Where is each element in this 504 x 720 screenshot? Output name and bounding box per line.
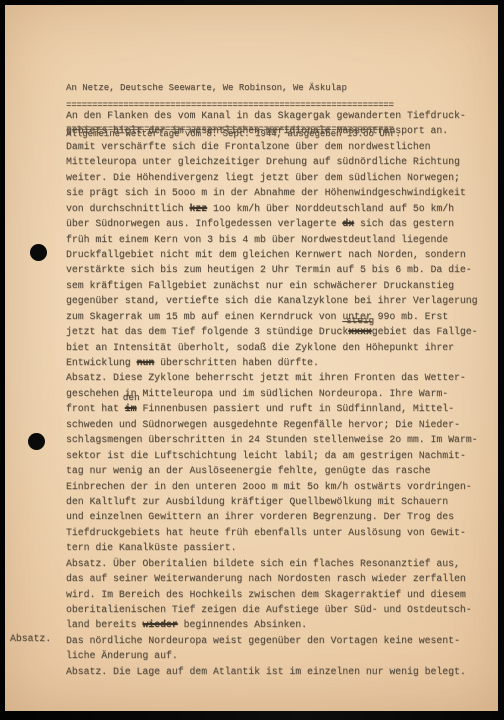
text-line: tag nur wenig an der Auslöseenergie fehl… [66, 463, 491, 478]
text-line: Mitteleuropa unter gleichzeitiger Drehun… [66, 154, 491, 169]
text-line: sie prägt sich in 5ooo m in der Abnahme … [66, 185, 491, 200]
text-line: Einbrechen der in den unteren 2ooo m mit… [66, 479, 491, 494]
text-line: jetzt hat das dem Tief folgende 3 stündi… [66, 324, 491, 339]
text-line: Druckfallgebiet nicht mit dem gleichen K… [66, 247, 491, 262]
text-line: front hat denim Finnenbusen passiert und… [66, 401, 491, 416]
margin-note-absatz: Absatz. [10, 633, 51, 644]
text-line: von durchschnittlich kzz 1oo km/h über N… [66, 201, 491, 216]
text-line: den Kaltluft zur Ausbildung kräftiger Qu… [66, 494, 491, 509]
document-page: An Netze, Deutsche Seewarte, We Robinson… [5, 5, 498, 711]
text-line: früh mit einem Kern von 3 bis 4 mb über … [66, 232, 491, 247]
text-line: und einzelnen Gewittern an ihrer vordere… [66, 509, 491, 524]
text-line: biet an Intensität überholt, sodaß die Z… [66, 340, 491, 355]
inserted-word-above: den [123, 393, 140, 402]
inserted-word-above: steig [346, 316, 374, 325]
body-text: An den Flanken des vom Kanal in das Skag… [66, 108, 491, 679]
header-rule-row: ========================================… [66, 100, 394, 104]
text-line: zum Skagerrak um 15 mb auf einen Kerndru… [66, 309, 491, 324]
text-line: sem kräftigen Fallgebiet zunächst nur ei… [66, 278, 491, 293]
text-line: gebiets hielt der im wesentlichen meridi… [66, 123, 491, 138]
text-line: land bereits wieder beginnendes Absinken… [66, 617, 491, 632]
text-line: tern die Kanalküste passiert. [66, 540, 491, 555]
text-line: An den Flanken des vom Kanal in das Skag… [66, 108, 491, 123]
text-line: Absatz. Die Lage auf dem Atlantik ist im… [66, 664, 491, 679]
text-line: sektor ist die Luftschichtung leicht lab… [66, 448, 491, 463]
text-line: Das nördliche Nordeuropa weist gegenüber… [66, 633, 491, 648]
text-line: das auf seiner Weiterwanderung nach Nord… [66, 571, 491, 586]
text-line: Tiefdruckgebiets hat heute früh ebenfall… [66, 525, 491, 540]
text-line: Absatz. Diese Zyklone beherrscht jetzt m… [66, 370, 491, 385]
text-line: wird. Im Bereich des Hochkeils zwischen … [66, 587, 491, 602]
text-line: Damit verschärfte sich die Frontalzone ü… [66, 139, 491, 154]
text-line: weiter. Die Höhendivergenz liegt jetzt ü… [66, 170, 491, 185]
scan-background: An Netze, Deutsche Seewarte, We Robinson… [0, 0, 504, 720]
text-line: Absatz. Über Oberitalien bildete sich ei… [66, 556, 491, 571]
text-line: verstärkte sich bis zum heutigen 2 Uhr T… [66, 262, 491, 277]
text-line: Entwicklung nun überschritten haben dürf… [66, 355, 491, 370]
text-line: oberitalienischen Tief zeigen die Aufsti… [66, 602, 491, 617]
typed-correction: steigxxxx [348, 324, 372, 339]
punch-hole-icon [30, 244, 47, 261]
text-line: schweden und Südnorwegen ausgedehnte Reg… [66, 417, 491, 432]
text-line: liche Änderung auf. [66, 648, 491, 663]
text-line: über Südnorwegen aus. Infolgedessen verl… [66, 216, 491, 231]
punch-hole-icon [28, 433, 45, 450]
text-line: schlagsmengen überschritten in 24 Stunde… [66, 432, 491, 447]
text-line: gegenüber stand, vertiefte sich die Kana… [66, 293, 491, 308]
typed-correction: denim [125, 401, 137, 416]
